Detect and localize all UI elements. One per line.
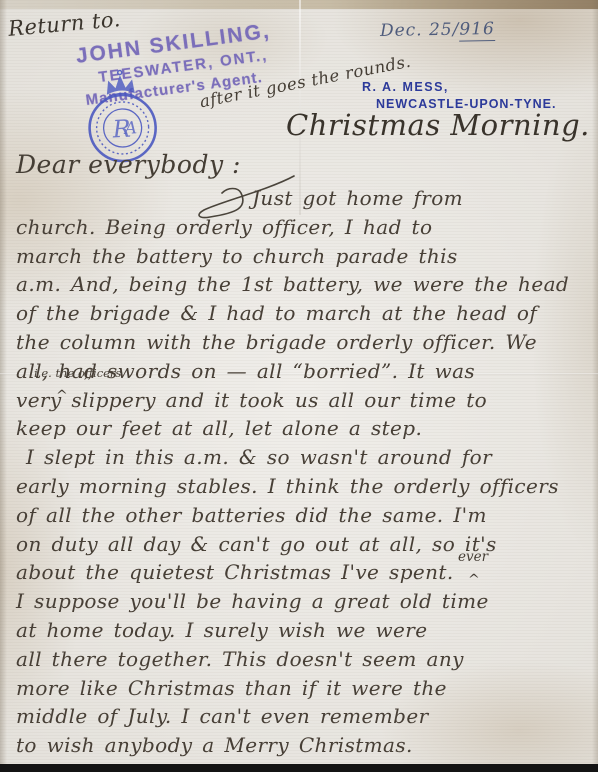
date-year: 916 bbox=[459, 19, 495, 42]
letter-line: middle of July. I can't even remember bbox=[16, 704, 590, 733]
letter-line: I suppose you'll be having a great old t… bbox=[16, 589, 590, 618]
letter-line: church. Being orderly officer, I had to bbox=[16, 215, 590, 244]
insertion-officers: i.e. the officers bbox=[34, 366, 121, 380]
letter-line: all there together. This doesn't seem an… bbox=[16, 647, 590, 676]
letter-line: very slippery and it took us all our tim… bbox=[16, 388, 590, 417]
letter-scan: Return to. JOHN SKILLING, TEESWATER, ONT… bbox=[0, 0, 598, 772]
letter-line: the column with the brigade orderly offi… bbox=[16, 330, 590, 359]
insertion-ever-caret: ^ bbox=[468, 572, 480, 588]
letter-body: Just got home fromchurch. Being orderly … bbox=[16, 186, 590, 762]
return-to-note: Return to. bbox=[7, 7, 122, 41]
letter-line: early morning stables. I think the order… bbox=[16, 474, 590, 503]
letter-line: keep our feet at all, let alone a step. bbox=[16, 416, 590, 445]
paper-edge-right bbox=[592, 0, 598, 772]
dateline: Christmas Morning. bbox=[286, 108, 590, 142]
date-note: Dec. 25/916 bbox=[380, 19, 495, 41]
letterhead-name: R. A. MESS, bbox=[362, 80, 556, 94]
insertion-ever: ever bbox=[458, 549, 488, 565]
insertion-officers-caret: ^ bbox=[56, 388, 68, 404]
letter-line: a.m. And, being the 1st battery, we were… bbox=[16, 272, 590, 301]
letter-line: of the brigade & I had to march at the h… bbox=[16, 301, 590, 330]
letter-line: Just got home from bbox=[252, 186, 590, 215]
date-prefix: Dec. 25/ bbox=[380, 20, 460, 41]
letter-line: to wish anybody a Merry Christmas. bbox=[16, 733, 590, 762]
letter-line: at home today. I surely wish we were bbox=[16, 618, 590, 647]
scanner-background-bar bbox=[0, 764, 598, 772]
letter-line: of all the other batteries did the same.… bbox=[16, 503, 590, 532]
letter-line: more like Christmas than if it were the bbox=[16, 676, 590, 705]
letter-line: march the battery to church parade this bbox=[16, 244, 590, 273]
letter-line: on duty all day & can't go out at all, s… bbox=[16, 532, 590, 561]
letter-line: I slept in this a.m. & so wasn't around … bbox=[26, 445, 590, 474]
svg-text:A: A bbox=[122, 118, 137, 139]
printed-letterhead: R. A. MESS, NEWCASTLE-UPON-TYNE. bbox=[362, 80, 556, 111]
letter-line: about the quietest Christmas I've spent. bbox=[16, 560, 590, 589]
paper-edge-left bbox=[0, 0, 7, 772]
